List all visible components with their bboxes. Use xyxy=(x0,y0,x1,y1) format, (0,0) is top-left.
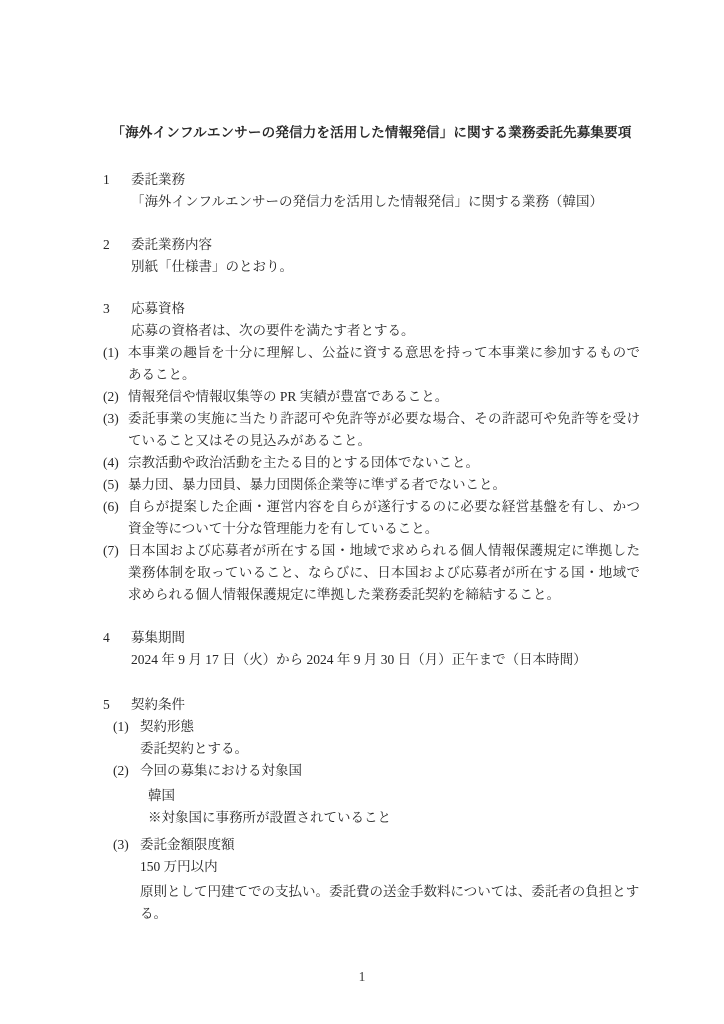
section-title: 契約条件 xyxy=(131,694,640,716)
item-text: 情報発信や情報収集等の PR 実績が豊富であること。 xyxy=(128,386,640,408)
item-marker: (3) xyxy=(113,834,140,856)
item-marker: (3) xyxy=(103,408,128,452)
section-heading-row: 2 委託業務内容 xyxy=(103,234,640,256)
item-marker: (7) xyxy=(103,540,128,606)
list-item: (2) 情報発信や情報収集等の PR 実績が豊富であること。 xyxy=(103,386,640,408)
section-heading-row: 1 委託業務 xyxy=(103,169,640,191)
item-text: 暴力団、暴力団員、暴力団関係企業等に準ずる者でないこと。 xyxy=(128,474,640,496)
item-marker: (6) xyxy=(103,496,128,540)
sub-paragraph: ※対象国に事務所が設置されていること xyxy=(103,807,640,829)
section-itaku-gyomu: 1 委託業務 「海外インフルエンサーの発信力を活用した情報発信」に関する業務（韓… xyxy=(103,169,640,213)
sub-paragraph: 150 万円以内 xyxy=(103,856,640,878)
paragraph: 応募の資格者は、次の要件を満たす者とする。 xyxy=(103,320,640,342)
paragraph: 「海外インフルエンサーの発信力を活用した情報発信」に関する業務（韓国） xyxy=(103,191,640,213)
section-obo-shikaku: 3 応募資格 応募の資格者は、次の要件を満たす者とする。 (1) 本事業の趣旨を… xyxy=(103,298,640,606)
document-page: 「海外インフルエンサーの発信力を活用した情報発信」に関する業務委託先募集要項 1… xyxy=(0,0,724,1024)
section-keiyaku-joken: 5 契約条件 (1) 契約形態 委託契約とする。 (2) 今回の募集における対象… xyxy=(103,694,640,925)
sub-paragraph: 韓国 xyxy=(103,785,640,807)
section-title: 募集期間 xyxy=(131,627,640,649)
list-item: (2) 今回の募集における対象国 xyxy=(103,760,640,782)
item-marker: (5) xyxy=(103,474,128,496)
section-title: 委託業務 xyxy=(131,169,640,191)
item-text: 宗教活動や政治活動を主たる目的とする団体でないこと。 xyxy=(128,452,640,474)
section-heading-row: 5 契約条件 xyxy=(103,694,640,716)
item-marker: (1) xyxy=(103,342,128,386)
section-heading-row: 4 募集期間 xyxy=(103,627,640,649)
item-marker: (1) xyxy=(113,716,140,738)
paragraph: 別紙「仕様書」のとおり。 xyxy=(103,256,640,278)
section-number: 5 xyxy=(103,694,131,716)
sub-paragraph: 原則として円建てでの支払い。委託費の送金手数料については、委託者の負担とする。 xyxy=(103,881,640,925)
list-item: (3) 委託事業の実施に当たり許認可や免許等が必要な場合、その許認可や免許等を受… xyxy=(103,408,640,452)
item-text: 自らが提案した企画・運営内容を自らが遂行するのに必要な経営基盤を有し、かつ資金等… xyxy=(128,496,640,540)
section-title: 委託業務内容 xyxy=(131,234,640,256)
list-item: (6) 自らが提案した企画・運営内容を自らが遂行するのに必要な経営基盤を有し、か… xyxy=(103,496,640,540)
section-number: 2 xyxy=(103,234,131,256)
item-marker: (2) xyxy=(103,386,128,408)
item-text: 本事業の趣旨を十分に理解し、公益に資する意思を持って本事業に参加するものであるこ… xyxy=(128,342,640,386)
section-boshu-kikan: 4 募集期間 2024 年 9 月 17 日（火）から 2024 年 9 月 3… xyxy=(103,627,640,671)
item-text: 委託事業の実施に当たり許認可や免許等が必要な場合、その許認可や免許等を受けている… xyxy=(128,408,640,452)
section-itaku-gyomu-naiyo: 2 委託業務内容 別紙「仕様書」のとおり。 xyxy=(103,234,640,278)
paragraph: 2024 年 9 月 17 日（火）から 2024 年 9 月 30 日（月）正… xyxy=(103,649,640,671)
list-item: (7) 日本国および応募者が所在する国・地域で求められる個人情報保護規定に準拠し… xyxy=(103,540,640,606)
list-item: (4) 宗教活動や政治活動を主たる目的とする団体でないこと。 xyxy=(103,452,640,474)
item-marker: (2) xyxy=(113,760,140,782)
section-title: 応募資格 xyxy=(131,298,640,320)
item-text: 委託金額限度額 xyxy=(140,834,640,856)
document-title: 「海外インフルエンサーの発信力を活用した情報発信」に関する業務委託先募集要項 xyxy=(103,122,640,144)
sub-paragraph: 委託契約とする。 xyxy=(103,738,640,760)
list-item: (1) 契約形態 xyxy=(103,716,640,738)
section-heading-row: 3 応募資格 xyxy=(103,298,640,320)
list-item: (3) 委託金額限度額 xyxy=(103,834,640,856)
list-item: (1) 本事業の趣旨を十分に理解し、公益に資する意思を持って本事業に参加するもの… xyxy=(103,342,640,386)
section-number: 3 xyxy=(103,298,131,320)
section-number: 1 xyxy=(103,169,131,191)
item-marker: (4) xyxy=(103,452,128,474)
page-number: 1 xyxy=(0,966,724,988)
item-text: 今回の募集における対象国 xyxy=(140,760,640,782)
item-text: 日本国および応募者が所在する国・地域で求められる個人情報保護規定に準拠した業務体… xyxy=(128,540,640,606)
item-text: 契約形態 xyxy=(140,716,640,738)
section-number: 4 xyxy=(103,627,131,649)
list-item: (5) 暴力団、暴力団員、暴力団関係企業等に準ずる者でないこと。 xyxy=(103,474,640,496)
